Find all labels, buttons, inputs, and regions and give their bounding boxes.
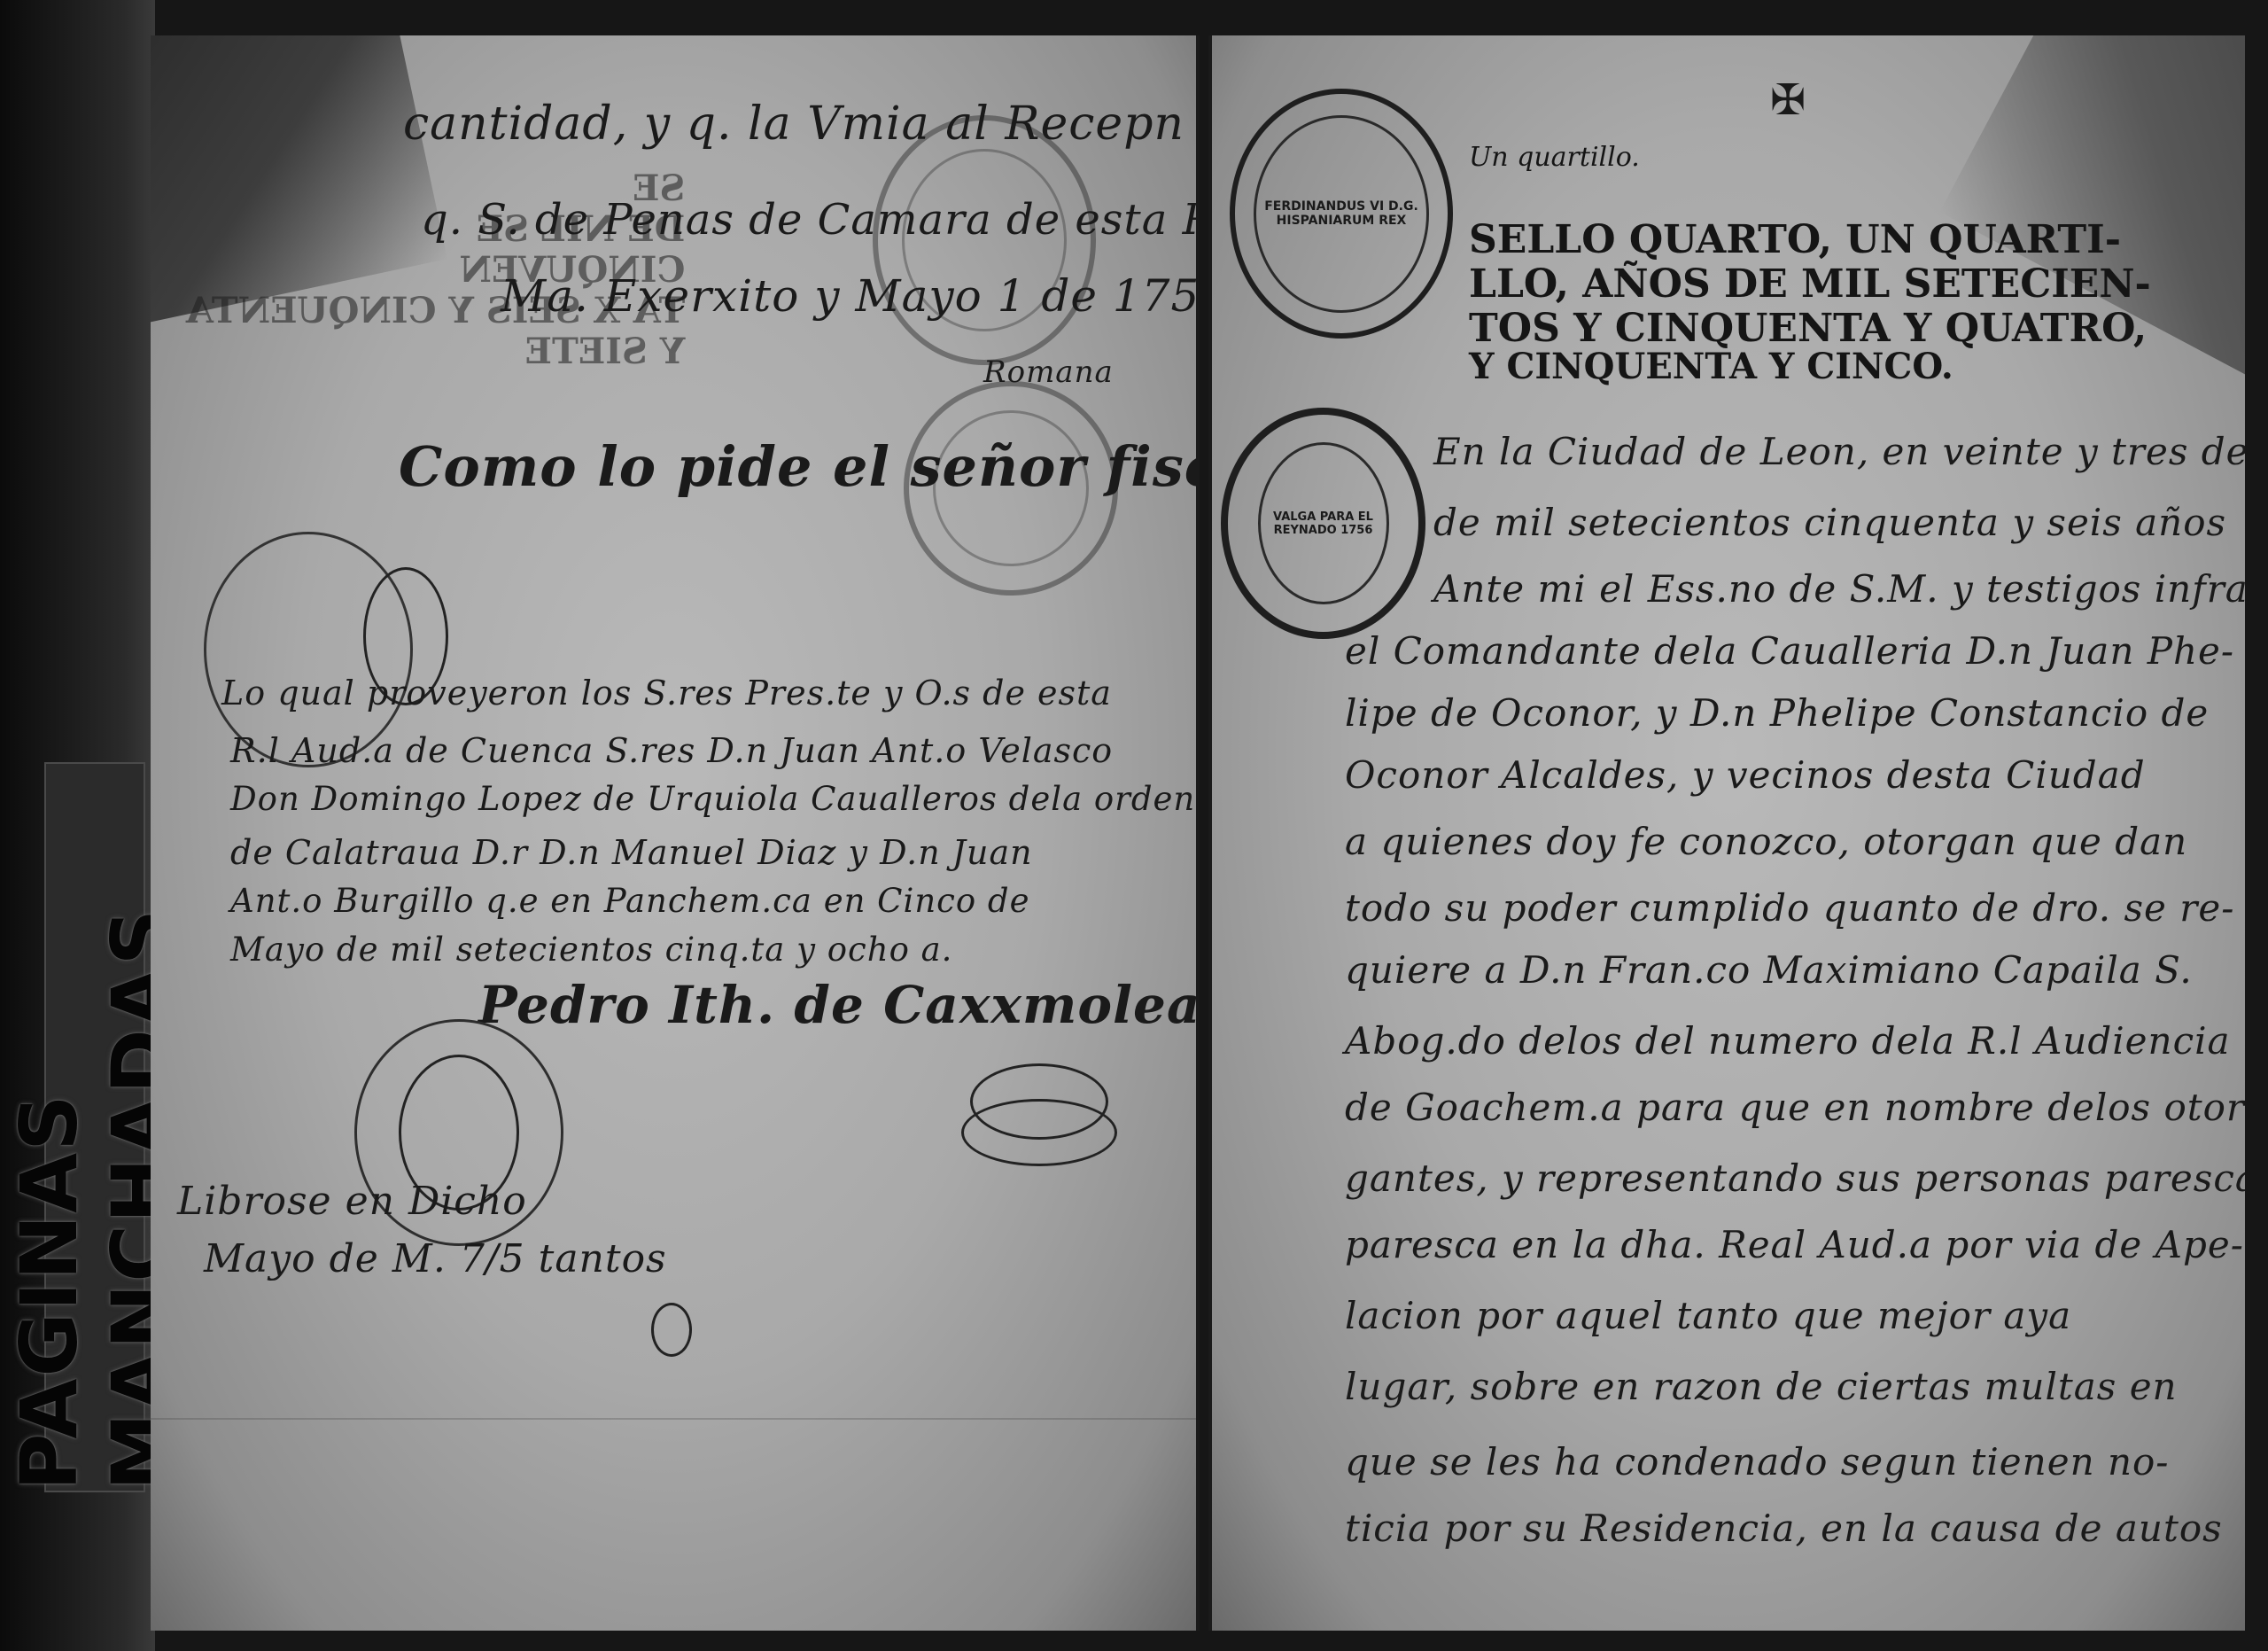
body-line-15: lugar, sobre en razon de ciertas multas … (1345, 1365, 2178, 1408)
body-line-14: lacion por aquel tanto que mejor aya (1345, 1294, 2071, 1337)
habilitation-seal-text: VALGA PARA EL REYNADO 1756 (1266, 510, 1381, 537)
left-page: SE DE NIL SE CINQUVEN TA X SEIS Y CINQUE… (151, 35, 1200, 1631)
stamp-value-small: Un quartillo. (1469, 142, 1640, 173)
document-scan: PAGINAS MANCHADAS SE DE NIL SE CINQUVEN … (0, 0, 2268, 1651)
body-line-7: a quienes doy fe conozco, otorgan que da… (1345, 820, 2187, 863)
royal-seal-text: FERDINANDUS VI D.G. HISPANIARUM REX (1262, 199, 1421, 228)
body-line-4: de Calatraua D.r D.n Manuel Diaz y D.n J… (230, 833, 1033, 872)
body-line-4: el Comandante dela Caualleria D.n Juan P… (1345, 629, 2234, 673)
header-line-4: Romana (983, 354, 1114, 390)
body-line-12: gantes, y representando sus personas par… (1345, 1156, 2245, 1200)
spine-label: PAGINAS MANCHADAS (44, 762, 145, 1492)
page-fold-line (151, 1418, 1196, 1420)
footer-line-2: Mayo de M. 7/5 tantos (204, 1236, 667, 1281)
body-line-3: Don Domingo Lopez de Urquiola Caualleros… (230, 780, 1195, 818)
footer-line-1: Librose en Dicho (177, 1179, 527, 1224)
body-line-5: Ant.o Burgillo q.e en Panchem.ca en Cinc… (230, 882, 1030, 920)
stamp-line-1: SELLO QUARTO, UN QUARTI- (1469, 217, 2121, 262)
stamp-line-2: LLO, AÑOS DE MIL SETECIEN- (1469, 261, 2151, 307)
body-line-1: Lo qual proveyeron los S.res Pres.te y O… (221, 674, 1112, 713)
habilitation-seal: VALGA PARA EL REYNADO 1756 (1221, 408, 1425, 639)
body-line-11: de Goachem.a para que en nombre delos ot… (1345, 1086, 2245, 1129)
body-line-10: Abog.do delos del numero dela R.l Audien… (1345, 1019, 2231, 1063)
body-line-2: R.l Aud.a de Cuenca S.res D.n Juan Ant.o… (230, 731, 1113, 770)
body-line-6: Mayo de mil setecientos cinq.ta y ocho a… (230, 931, 952, 969)
decree-line: Como lo pide el señor fiscal (399, 434, 1200, 499)
right-page: ✠ FERDINANDUS VI D.G. HISPANIARUM REX Un… (1208, 35, 2245, 1631)
stamp-line-4: Y CINQUENTA Y CINCO. (1469, 346, 1953, 387)
royal-stamp-seal: FERDINANDUS VI D.G. HISPANIARUM REX (1230, 89, 1453, 339)
body-line-5: lipe de Oconor, y D.n Phelipe Constancio… (1345, 691, 2209, 735)
signature-rubric-right-2 (961, 1099, 1117, 1166)
body-line-13: paresca en la dha. Real Aud.a por via de… (1345, 1223, 2244, 1266)
book-spine: PAGINAS MANCHADAS (0, 0, 155, 1651)
body-line-1: En la Ciudad de Leon, en veinte y tres d… (1433, 430, 2245, 473)
body-line-3: Ante mi el Ess.no de S.M. y testigos inf… (1433, 567, 2245, 611)
cross-icon: ✠ (1770, 75, 1806, 125)
body-line-16: que se les ha condenado segun tienen no- (1345, 1440, 2170, 1484)
body-line-2: de mil setecientos cinquenta y seis años (1433, 501, 2226, 544)
signature: Pedro Ith. de Caxxmolea (478, 975, 1200, 1035)
header-line-2: q. S. de Penas de Camara de esta R. (421, 195, 1200, 245)
body-line-9: quiere a D.n Fran.co Maximiano Capaila S… (1345, 948, 2193, 992)
header-line-3: Ma. Exerxito y Mayo 1 de 1758 (501, 270, 1200, 322)
header-line-1: cantidad, y q. la Vmia al Recepn (403, 97, 1184, 151)
body-line-8: todo su poder cumplido quanto de dro. se… (1345, 886, 2234, 930)
stamp-line-3: TOS Y CINQUENTA Y QUATRO, (1469, 306, 2147, 351)
body-line-6: Oconor Alcaldes, y vecinos desta Ciudad (1345, 753, 2146, 797)
body-line-17: ticia por su Residencia, en la causa de … (1345, 1507, 2223, 1550)
small-rubric (651, 1303, 692, 1357)
